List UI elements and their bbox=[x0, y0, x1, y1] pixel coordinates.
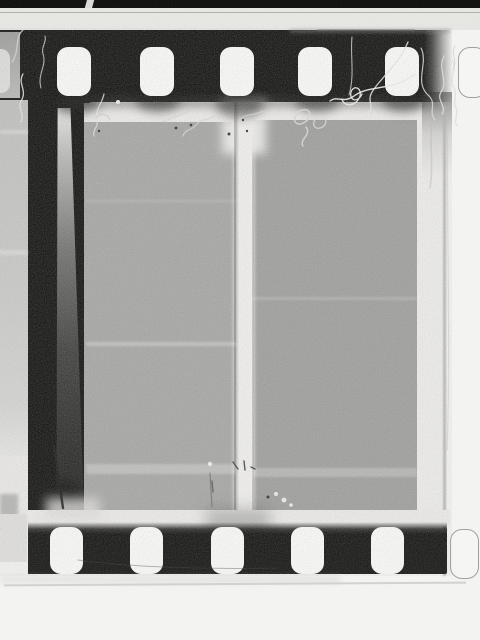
scan-streak bbox=[0, 130, 28, 134]
scan-streak bbox=[86, 464, 236, 474]
scan-streak bbox=[252, 297, 417, 300]
scratch-mark bbox=[452, 60, 457, 126]
frame-gutter bbox=[234, 102, 254, 514]
sprocket-hole-top bbox=[57, 47, 91, 96]
sprocket-hole-top bbox=[140, 47, 174, 96]
scan-streak bbox=[0, 250, 28, 255]
sprocket-hole-bottom bbox=[291, 527, 324, 574]
sprocket-hole-bottom bbox=[50, 527, 83, 574]
sprocket-hole-top bbox=[385, 47, 419, 96]
sprocket-hole-top bbox=[220, 47, 254, 96]
band-edge-highlight bbox=[290, 29, 450, 33]
sprocket-hole-bottom bbox=[211, 527, 244, 574]
film-frame-1 bbox=[84, 122, 236, 512]
scan-line-artifact bbox=[0, 12, 480, 13]
scan-streak bbox=[86, 200, 236, 202]
previous-frame-sliver bbox=[0, 100, 28, 460]
scan-streak bbox=[86, 342, 236, 346]
sprocket-hole-top bbox=[298, 47, 332, 96]
scan-streak bbox=[252, 468, 417, 477]
sprocket-hole-outline bbox=[450, 529, 479, 579]
strip-edge-line bbox=[443, 106, 446, 576]
scan-gray-patch bbox=[0, 514, 27, 562]
sprocket-hole-bottom bbox=[371, 527, 404, 574]
film-strip-scan bbox=[0, 0, 480, 640]
sprocket-hole-outline bbox=[458, 47, 480, 98]
bar-smudge bbox=[46, 498, 100, 520]
film-frame-2 bbox=[252, 120, 417, 512]
sprocket-hole-bottom bbox=[130, 527, 163, 574]
sprocket-hole-partial bbox=[0, 49, 10, 93]
scratch-mark bbox=[453, 46, 455, 70]
adjacent-strip-edge bbox=[0, 0, 190, 8]
